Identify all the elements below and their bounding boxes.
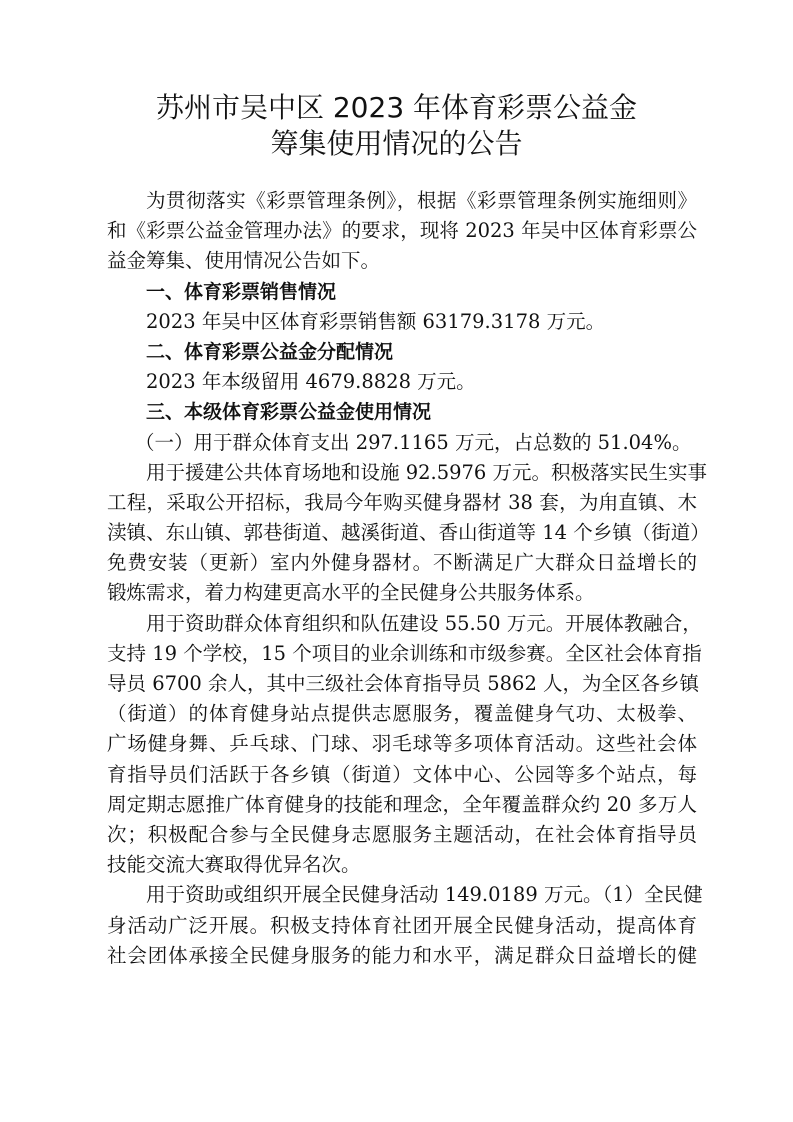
text-line: 益金筹集、使用情况公告如下。: [107, 246, 697, 276]
text-line: 导员 6700 余人，其中三级社会体育指导员 5862 人，为全区各乡镇: [107, 669, 697, 699]
text-line: 广场健身舞、乒乓球、门球、羽毛球等多项体育活动。这些社会体: [107, 729, 697, 759]
subsection-mass-sports: （一）用于群众体育支出 297.1165 万元，占总数的 51.04%。: [107, 428, 697, 458]
text-line: 用于资助群众体育组织和队伍建设 55.50 万元。开展体教融合，: [107, 609, 697, 639]
intro-paragraph: 为贯彻落实《彩票管理条例》，根据《彩票管理条例实施细则》 和《彩票公益金管理办法…: [107, 186, 697, 277]
text-line: 支持 19 个学校，15 个项目的业余训练和市级参赛。全区社会体育指: [107, 639, 697, 669]
document-title-line-2: 筹集使用情况的公告: [0, 122, 793, 162]
text-line: 锻炼需求，着力构建更高水平的全民健身公共服务体系。: [107, 578, 697, 608]
text-line: 工程，采取公开招标，我局今年购买健身器材 38 套，为甪直镇、木: [107, 488, 697, 518]
text-line: 渎镇、东山镇、郭巷街道、越溪街道、香山街道等 14 个乡镇（街道）: [107, 518, 697, 548]
retained-amount-text: 2023 年本级留用 4679.8828 万元。: [107, 367, 697, 397]
text-line: 社会团体承接全民健身服务的能力和水平，满足群众日益增长的健: [107, 941, 697, 971]
text-line: 免费安装（更新）室内外健身器材。不断满足广大群众日益增长的: [107, 548, 697, 578]
section-heading-sales: 一、体育彩票销售情况: [107, 277, 697, 307]
text-line: 育指导员们活跃于各乡镇（街道）文体中心、公园等多个站点，每: [107, 760, 697, 790]
text-line: 用于援建公共体育场地和设施 92.5976 万元。积极落实民生实事: [107, 458, 697, 488]
text-line: 用于资助或组织开展全民健身活动 149.0189 万元。（1）全民健: [107, 880, 697, 910]
text-line: 身活动广泛开展。积极支持体育社团开展全民健身活动，提高体育: [107, 911, 697, 941]
section-heading-usage: 三、本级体育彩票公益金使用情况: [107, 397, 697, 427]
document-body: 为贯彻落实《彩票管理条例》，根据《彩票管理条例实施细则》 和《彩票公益金管理办法…: [107, 186, 697, 971]
section-heading-distribution: 二、体育彩票公益金分配情况: [107, 337, 697, 367]
text-line: 技能交流大赛取得优异名次。: [107, 850, 697, 880]
text-line: （街道）的体育健身站点提供志愿服务，覆盖健身气功、太极拳、: [107, 699, 697, 729]
text-line: 和《彩票公益金管理办法》的要求，现将 2023 年吴中区体育彩票公: [107, 216, 697, 246]
paragraph-organizations: 用于资助群众体育组织和队伍建设 55.50 万元。开展体教融合， 支持 19 个…: [107, 609, 697, 881]
text-line: 次；积极配合参与全民健身志愿服务主题活动，在社会体育指导员: [107, 820, 697, 850]
document-title-line-1: 苏州市吴中区 2023 年体育彩票公益金: [0, 86, 793, 126]
sales-amount-text: 2023 年吴中区体育彩票销售额 63179.3178 万元。: [107, 307, 697, 337]
paragraph-facilities: 用于援建公共体育场地和设施 92.5976 万元。积极落实民生实事 工程，采取公…: [107, 458, 697, 609]
text-line: 周定期志愿推广体育健身的技能和理念，全年覆盖群众约 20 多万人: [107, 790, 697, 820]
text-line: 为贯彻落实《彩票管理条例》，根据《彩票管理条例实施细则》: [107, 186, 697, 216]
paragraph-activities: 用于资助或组织开展全民健身活动 149.0189 万元。（1）全民健 身活动广泛…: [107, 880, 697, 971]
